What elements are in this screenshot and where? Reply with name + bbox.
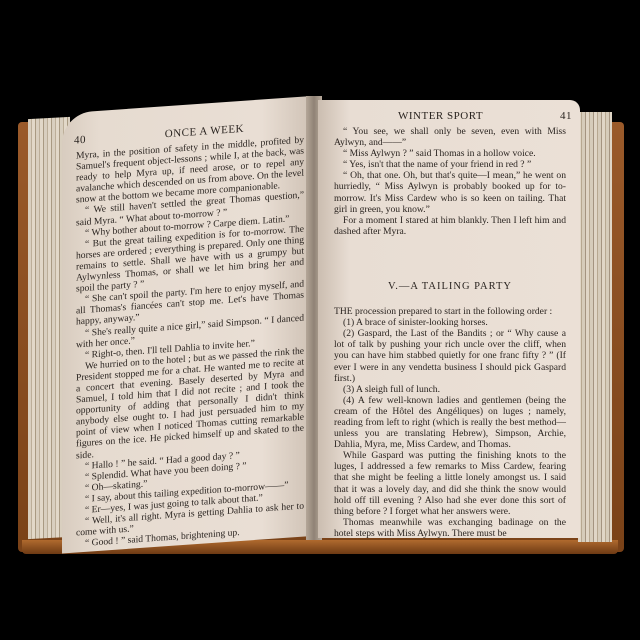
running-head: ONCE A WEEK (165, 123, 244, 141)
paragraph: THE procession prepared to start in the … (334, 306, 566, 317)
right-page-header: WINTER SPORT 41 (318, 100, 580, 126)
page-number: 40 (74, 134, 86, 147)
paragraph: We hurried on to the hotel ; but as we p… (76, 345, 304, 461)
paragraph: “ Oh, that one. Oh, but that's quite—I m… (334, 170, 566, 214)
paragraph: (4) A few well-known ladies and gentleme… (334, 395, 566, 450)
paragraph: (3) A sleigh full of lunch. (334, 384, 566, 395)
left-page-text: Myra, in the position of safety in the m… (62, 134, 312, 551)
page-edges-right (578, 112, 612, 542)
paragraph: “ Yes, isn't that the name of your frien… (334, 159, 566, 170)
paragraph: (1) A brace of sinister-looking horses. (334, 317, 566, 328)
paragraph: “ You see, we shall only be seven, even … (334, 126, 566, 148)
paragraph: (2) Gaspard, the Last of the Bandits ; o… (334, 328, 566, 383)
paragraph: “ Miss Aylwyn ? ” said Thomas in a hollo… (334, 148, 566, 159)
paragraph: For a moment I stared at him blankly. Th… (334, 215, 566, 237)
running-head: WINTER SPORT (398, 110, 483, 122)
right-page-text: “ You see, we shall only be seven, even … (318, 126, 580, 538)
right-page: WINTER SPORT 41 “ You see, we shall only… (318, 100, 580, 538)
paragraph: While Gaspard was putting the finishing … (334, 450, 566, 517)
chapter-title: V.—A TAILING PARTY (334, 281, 566, 292)
page-number: 41 (560, 110, 572, 122)
left-page: 40 ONCE A WEEK Myra, in the position of … (62, 96, 312, 553)
paragraph: Thomas meanwhile was exchanging badinage… (334, 517, 566, 538)
